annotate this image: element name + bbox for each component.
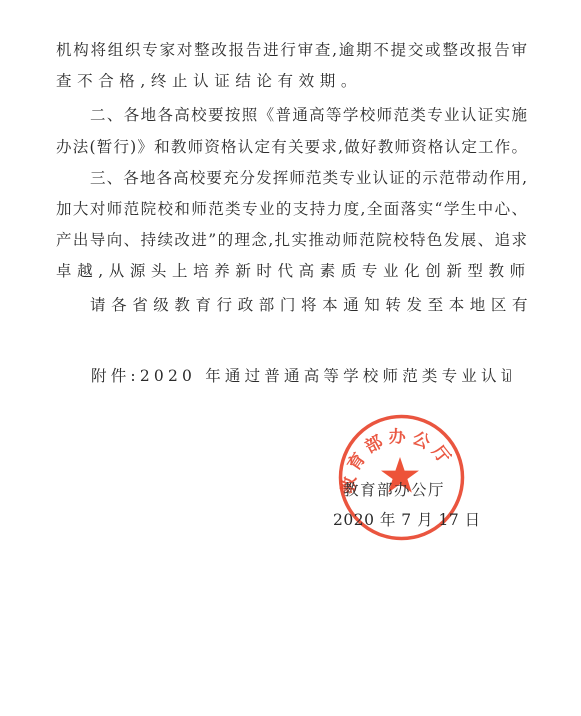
paragraph-2-line-2: 办法(暂行)》和教师资格认定有关要求,做好教师资格认定工作。 <box>56 132 527 163</box>
paragraph-3-line-3: 产出导向、持续改进”的理念,扎实推动师范院校特色发展、追求 <box>56 225 527 256</box>
paragraph-1-line-1: 机构将组织专家对整改报告进行审查,逾期不提交或整改报告审 <box>56 35 527 66</box>
signature-organization: 教育部办公厅 <box>343 480 445 500</box>
paragraph-2-line-1: 二、各地各高校要按照《普通高等学校师范类专业认证实施 <box>90 100 527 131</box>
attachment-line: 附件:2020 年通过普通高等学校师范类专业认证的专业名单 <box>91 361 511 392</box>
document-page: 机构将组织专家对整改报告进行审查,逾期不提交或整改报告审 查不合格,终止认证结论… <box>0 0 581 716</box>
paragraph-3-line-1: 三、各地各高校要充分发挥师范类专业认证的示范带动作用, <box>90 163 527 194</box>
paragraph-4-line-1: 请各省级教育行政部门将本通知转发至本地区有关高校。 <box>90 290 527 321</box>
paragraph-3-line-2: 加大对师范院校和师范类专业的支持力度,全面落实“学生中心、 <box>56 194 527 225</box>
signature-date: 2020 年 7 月 17 日 <box>333 510 481 530</box>
paragraph-3-line-4: 卓越,从源头上培养新时代高素质专业化创新型教师。 <box>56 256 527 287</box>
paragraph-1-line-2: 查不合格,终止认证结论有效期。 <box>56 66 527 97</box>
